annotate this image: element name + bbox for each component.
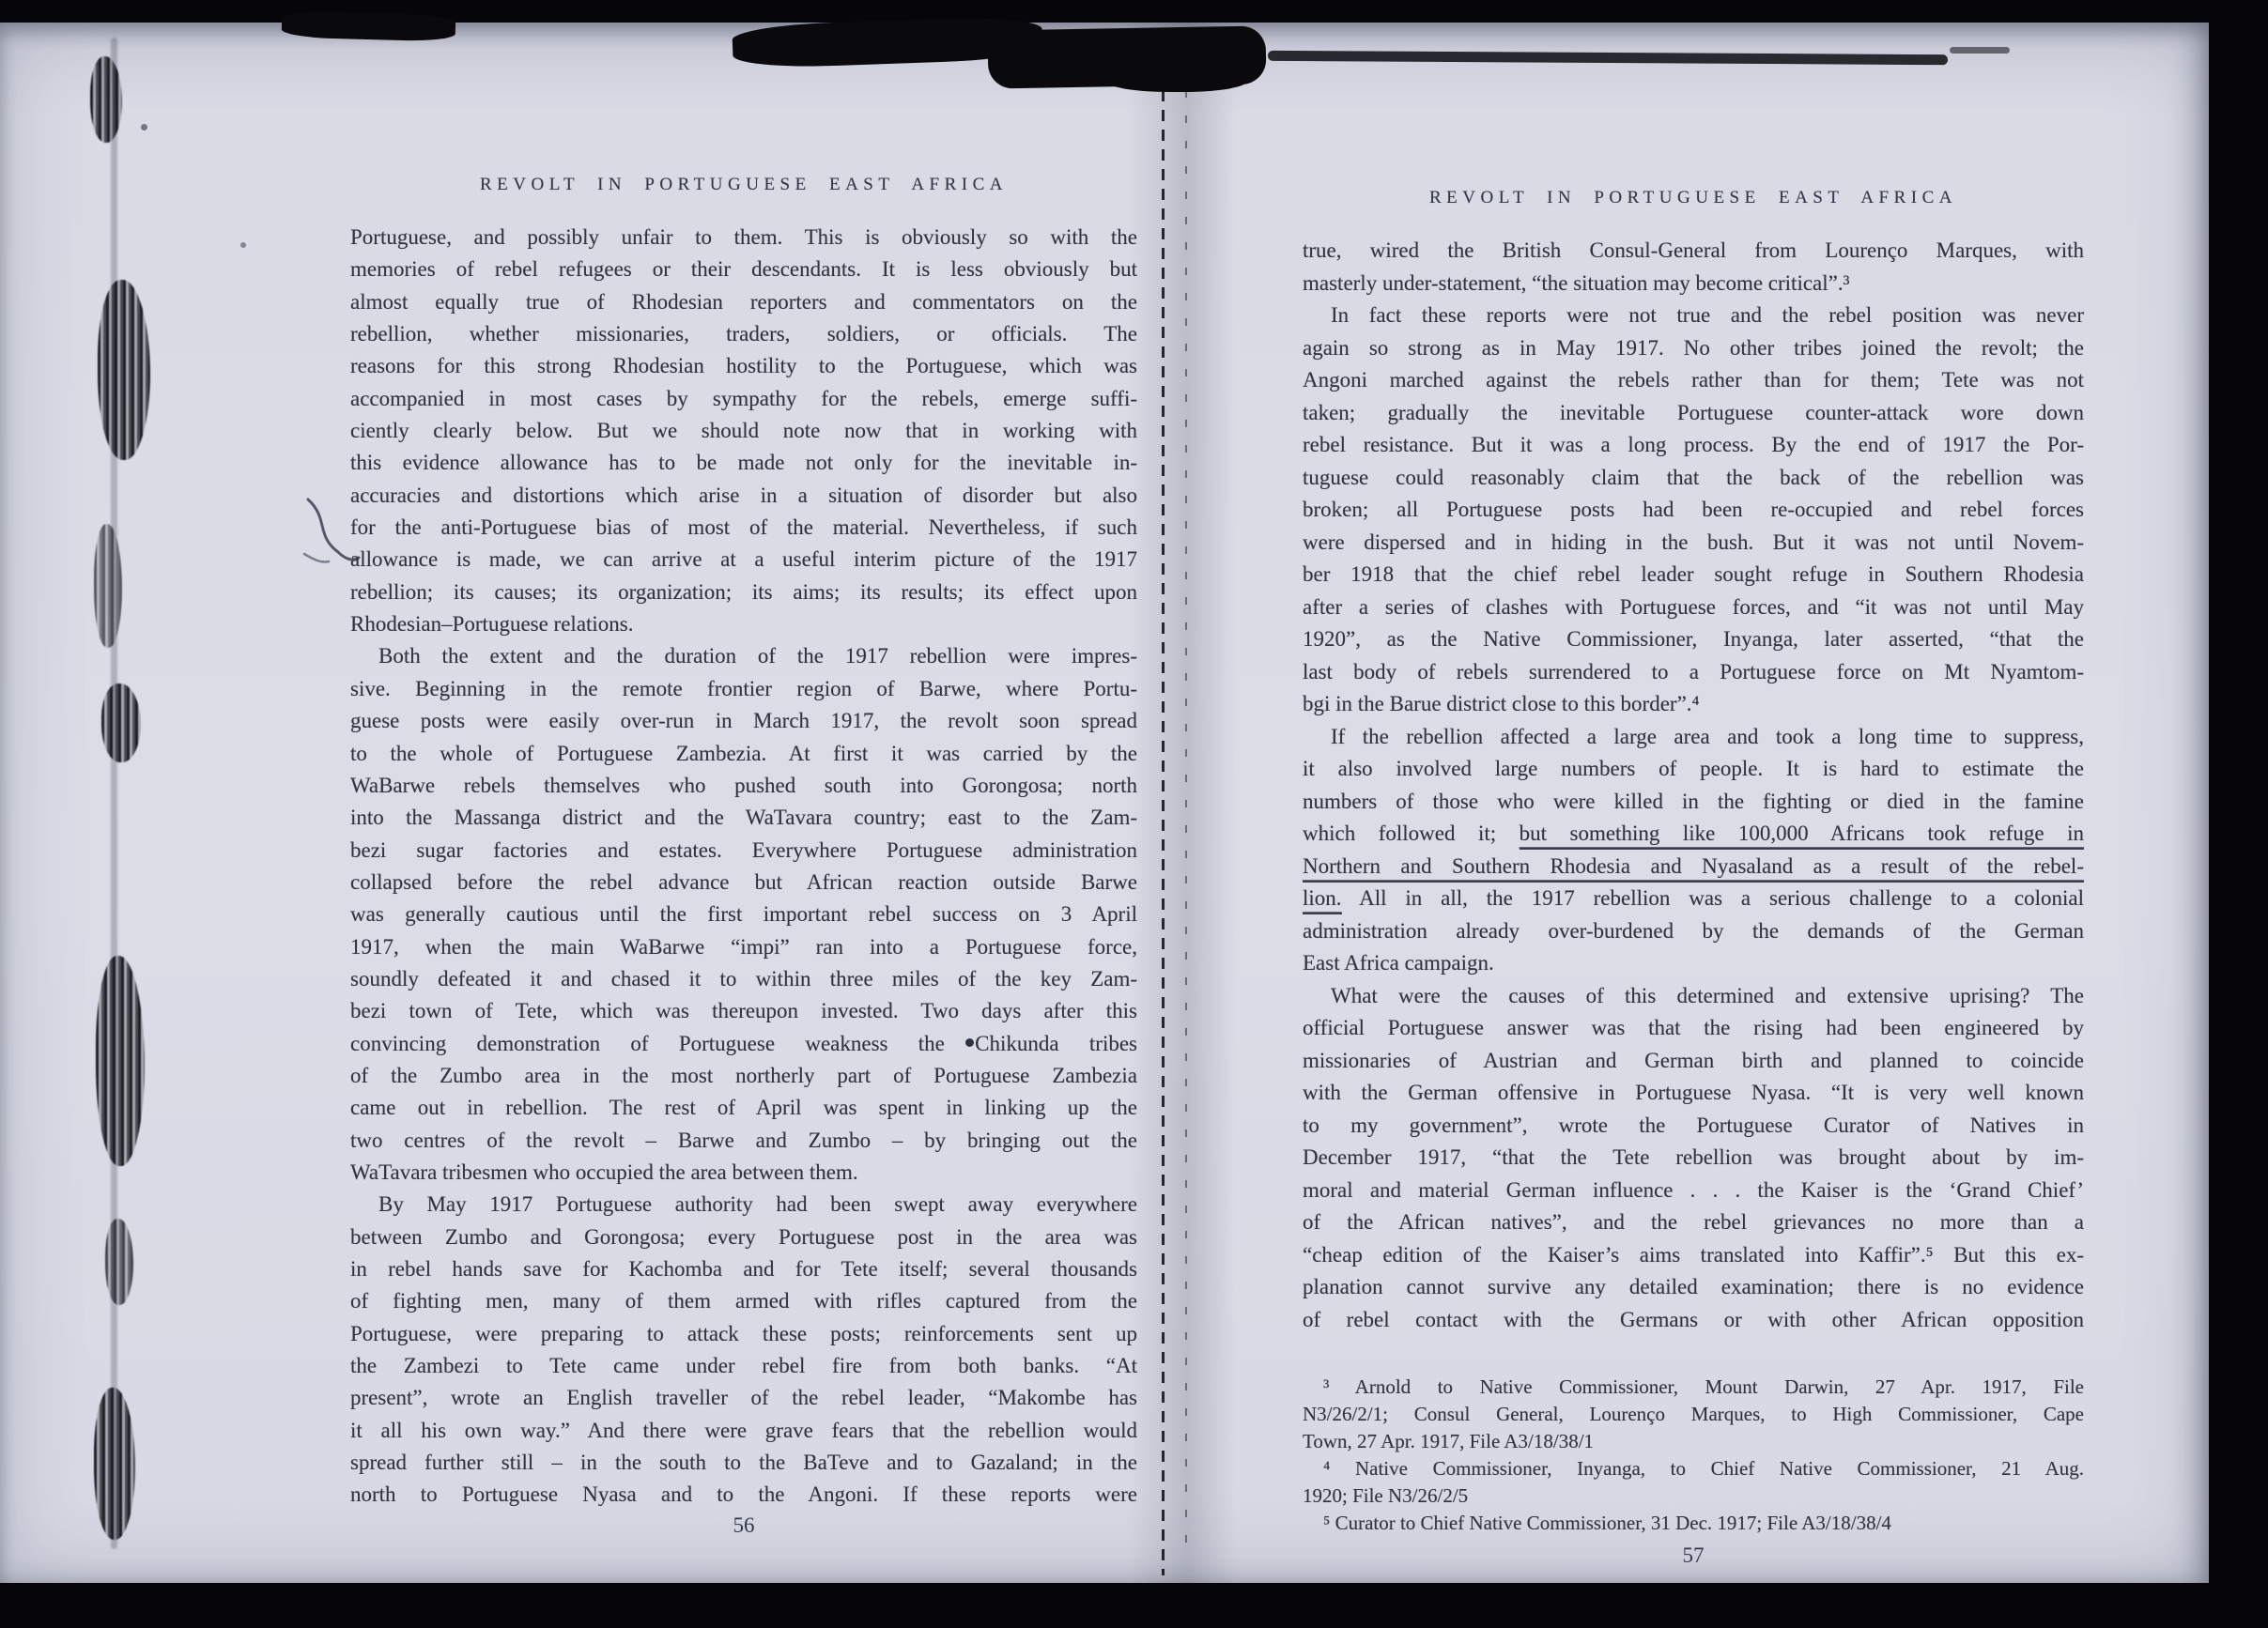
text-line: lion. All in all, the 1917 rebellion was…	[1303, 883, 2084, 915]
text-line: to the whole of Portuguese Zambezia. At …	[350, 738, 1137, 770]
text-line: Rhodesian–Portuguese relations.	[350, 608, 1137, 640]
text-line: Both the extent and the duration of the …	[350, 640, 1137, 672]
text-line: sive. Beginning in the remote frontier r…	[350, 673, 1137, 705]
ink-speck	[240, 242, 246, 248]
text-line: ber 1918 that the chief rebel leader sou…	[1303, 559, 2084, 591]
text-segment: All in all, the 1917 rebellion was a ser…	[1342, 886, 2084, 910]
text-line: tuguese could reasonably claim that the …	[1303, 462, 2084, 495]
text-line: bgi in the Barue district close to this …	[1303, 688, 2084, 721]
gutter-shadow	[1127, 23, 1236, 1583]
text-line: memories of rebel refugees or their desc…	[350, 253, 1137, 285]
text-line: East Africa campaign.	[1303, 947, 2084, 980]
running-head-left: REVOLT IN PORTUGUESE EAST AFRICA	[350, 175, 1137, 195]
text-line: missionaries of Austrian and German birt…	[1303, 1045, 2084, 1078]
text-line: broken; all Portuguese posts had been re…	[1303, 494, 2084, 527]
text-line: was generally cautious until the first i…	[350, 898, 1137, 930]
text-line: Town, 27 Apr. 1917, File A3/18/38/1	[1303, 1428, 2084, 1455]
text-line: of the Zumbo area in the most northerly …	[350, 1060, 1137, 1092]
text-line: the Zambezi to Tete came under rebel fir…	[350, 1350, 1137, 1382]
text-segment: which followed it;	[1303, 822, 1520, 845]
text-line: last body of rebels surrendered to a Por…	[1303, 656, 2084, 689]
text-line: ⁵ Curator to Chief Native Commissioner, …	[1303, 1510, 2084, 1537]
text-line: ciently clearly below. But we should not…	[350, 415, 1137, 447]
text-line: official Portuguese answer was that the …	[1303, 1012, 2084, 1045]
pen-underlined-text: but something like 100,000 Africans took…	[1520, 822, 2084, 850]
running-head-right: REVOLT IN PORTUGUESE EAST AFRICA	[1303, 188, 2084, 208]
text-line: soundly defeated it and chased it to wit…	[350, 963, 1137, 995]
page-number-right: 57	[1303, 1544, 2084, 1568]
text-line: spread further still – in the south to t…	[350, 1447, 1137, 1479]
text-line: reasons for this strong Rhodesian hostil…	[350, 350, 1137, 382]
text-line: it all his own way.” And there were grav…	[350, 1415, 1137, 1447]
text-line: with the German offensive in Portuguese …	[1303, 1077, 2084, 1110]
text-line: accuracies and distortions which arise i…	[350, 480, 1137, 512]
text-line: bezi town of Tete, which was thereupon i…	[350, 995, 1137, 1027]
ink-speck	[141, 124, 147, 131]
text-line: rebellion, whether missionaries, traders…	[350, 318, 1137, 350]
torn-edge-artifact	[1106, 68, 1247, 92]
text-line: ³ Arnold to Native Commissioner, Mount D…	[1303, 1374, 2084, 1401]
text-line: In fact these reports were not true and …	[1303, 299, 2084, 332]
text-line: moral and material German influence . . …	[1303, 1175, 2084, 1207]
page-right-footnotes: ³ Arnold to Native Commissioner, Mount D…	[1303, 1374, 2084, 1537]
text-line: Portuguese, were preparing to attack the…	[350, 1318, 1137, 1350]
scan-scratch	[90, 56, 122, 143]
page-left-body-text: Portuguese, and possibly unfair to them.…	[350, 222, 1137, 1512]
text-line: after a series of clashes with Portugues…	[1303, 591, 2084, 624]
text-line: for the anti-Portuguese bias of most of …	[350, 512, 1137, 544]
text-line: WaTavara tribesmen who occupied the area…	[350, 1157, 1137, 1189]
text-line: allowance is made, we can arrive at a us…	[350, 544, 1137, 576]
text-line: administration already over-burdened by …	[1303, 915, 2084, 948]
scan-scratch	[101, 683, 141, 762]
text-line: two centres of the revolt – Barwe and Zu…	[350, 1125, 1137, 1157]
text-line: this evidence allowance has to be made n…	[350, 447, 1137, 479]
text-line: By May 1917 Portuguese authority had bee…	[350, 1189, 1137, 1221]
text-line: rebellion; its causes; its organization;…	[350, 576, 1137, 608]
text-line: accompanied in most cases by sympathy fo…	[350, 383, 1137, 415]
text-line: Northern and Southern Rhodesia and Nyasa…	[1303, 851, 2084, 883]
page-left: REVOLT IN PORTUGUESE EAST AFRICA Portugu…	[350, 175, 1137, 1564]
text-line: were dispersed and in hiding in the bush…	[1303, 527, 2084, 560]
scanned-book-spread: REVOLT IN PORTUGUESE EAST AFRICA Portugu…	[0, 0, 2268, 1628]
text-line: to my government”, wrote the Portuguese …	[1303, 1110, 2084, 1143]
text-line: What were the causes of this determined …	[1303, 980, 2084, 1013]
text-line: masterly under-statement, “the situation…	[1303, 268, 2084, 300]
text-line: WaBarwe rebels themselves who pushed sou…	[350, 770, 1137, 802]
text-line: 1920”, as the Native Commissioner, Inyan…	[1303, 623, 2084, 656]
text-line: ⁴ Native Commissioner, Inyanga, to Chief…	[1303, 1455, 2084, 1482]
text-line: 1917, when the main WaBarwe “impi” ran i…	[350, 931, 1137, 963]
text-line: “cheap edition of the Kaiser’s aims tran…	[1303, 1239, 2084, 1272]
text-line: If the rebellion affected a large area a…	[1303, 721, 2084, 754]
text-line: in rebel hands save for Kachomba and for…	[350, 1253, 1137, 1285]
text-line: convincing demonstration of Portuguese w…	[350, 1028, 1137, 1060]
page-number-left: 56	[350, 1513, 1137, 1538]
text-line: present”, wrote an English traveller of …	[350, 1382, 1137, 1414]
pen-underlined-text: lion.	[1303, 886, 1342, 914]
binding-crease-line-2	[1185, 90, 1187, 1560]
text-line: almost equally true of Rhodesian reporte…	[350, 286, 1137, 318]
text-line: numbers of those who were killed in the …	[1303, 786, 2084, 819]
text-line: rebel resistance. But it was a long proc…	[1303, 429, 2084, 462]
text-line: N3/26/2/1; Consul General, Lourenço Marq…	[1303, 1401, 2084, 1428]
text-line: between Zumbo and Gorongosa; every Portu…	[350, 1221, 1137, 1253]
text-line: December 1917, “that the Tete rebellion …	[1303, 1142, 2084, 1175]
text-line: which followed it; but something like 10…	[1303, 818, 2084, 851]
text-line: came out in rebellion. The rest of April…	[350, 1092, 1137, 1124]
page-right-body-text: true, wired the British Consul-General f…	[1303, 235, 2084, 1336]
text-line: north to Portuguese Nyasa and to the Ang…	[350, 1479, 1137, 1511]
text-line: Angoni marched against the rebels rather…	[1303, 364, 2084, 397]
text-line: again so strong as in May 1917. No other…	[1303, 332, 2084, 365]
pen-underlined-text: Northern and Southern Rhodesia and Nyasa…	[1303, 854, 2084, 883]
text-line: bezi sugar factories and estates. Everyw…	[350, 835, 1137, 867]
text-line: 1920; File N3/26/2/5	[1303, 1482, 2084, 1510]
text-line: planation cannot survive any detailed ex…	[1303, 1271, 2084, 1304]
text-line: Portuguese, and possibly unfair to them.…	[350, 222, 1137, 253]
page-right: REVOLT IN PORTUGUESE EAST AFRICA true, w…	[1303, 188, 2084, 1577]
torn-edge-artifact	[1950, 47, 2010, 54]
scan-scratch-rail	[111, 38, 117, 1549]
text-line: taken; gradually the inevitable Portugue…	[1303, 397, 2084, 430]
text-line: it also involved large numbers of people…	[1303, 753, 2084, 786]
binding-crease-line	[1162, 51, 1165, 1575]
text-line: into the Massanga district and the WaTav…	[350, 802, 1137, 834]
text-line: collapsed before the rebel advance but A…	[350, 867, 1137, 898]
scan-scratch	[94, 524, 122, 648]
scan-scratch	[105, 1219, 133, 1305]
text-line: of rebel contact with the Germans or wit…	[1303, 1304, 2084, 1337]
text-line: of the African natives”, and the rebel g…	[1303, 1206, 2084, 1239]
text-line: true, wired the British Consul-General f…	[1303, 235, 2084, 268]
text-line: guese posts were easily over-run in Marc…	[350, 705, 1137, 737]
text-line: of fighting men, many of them armed with…	[350, 1285, 1137, 1317]
